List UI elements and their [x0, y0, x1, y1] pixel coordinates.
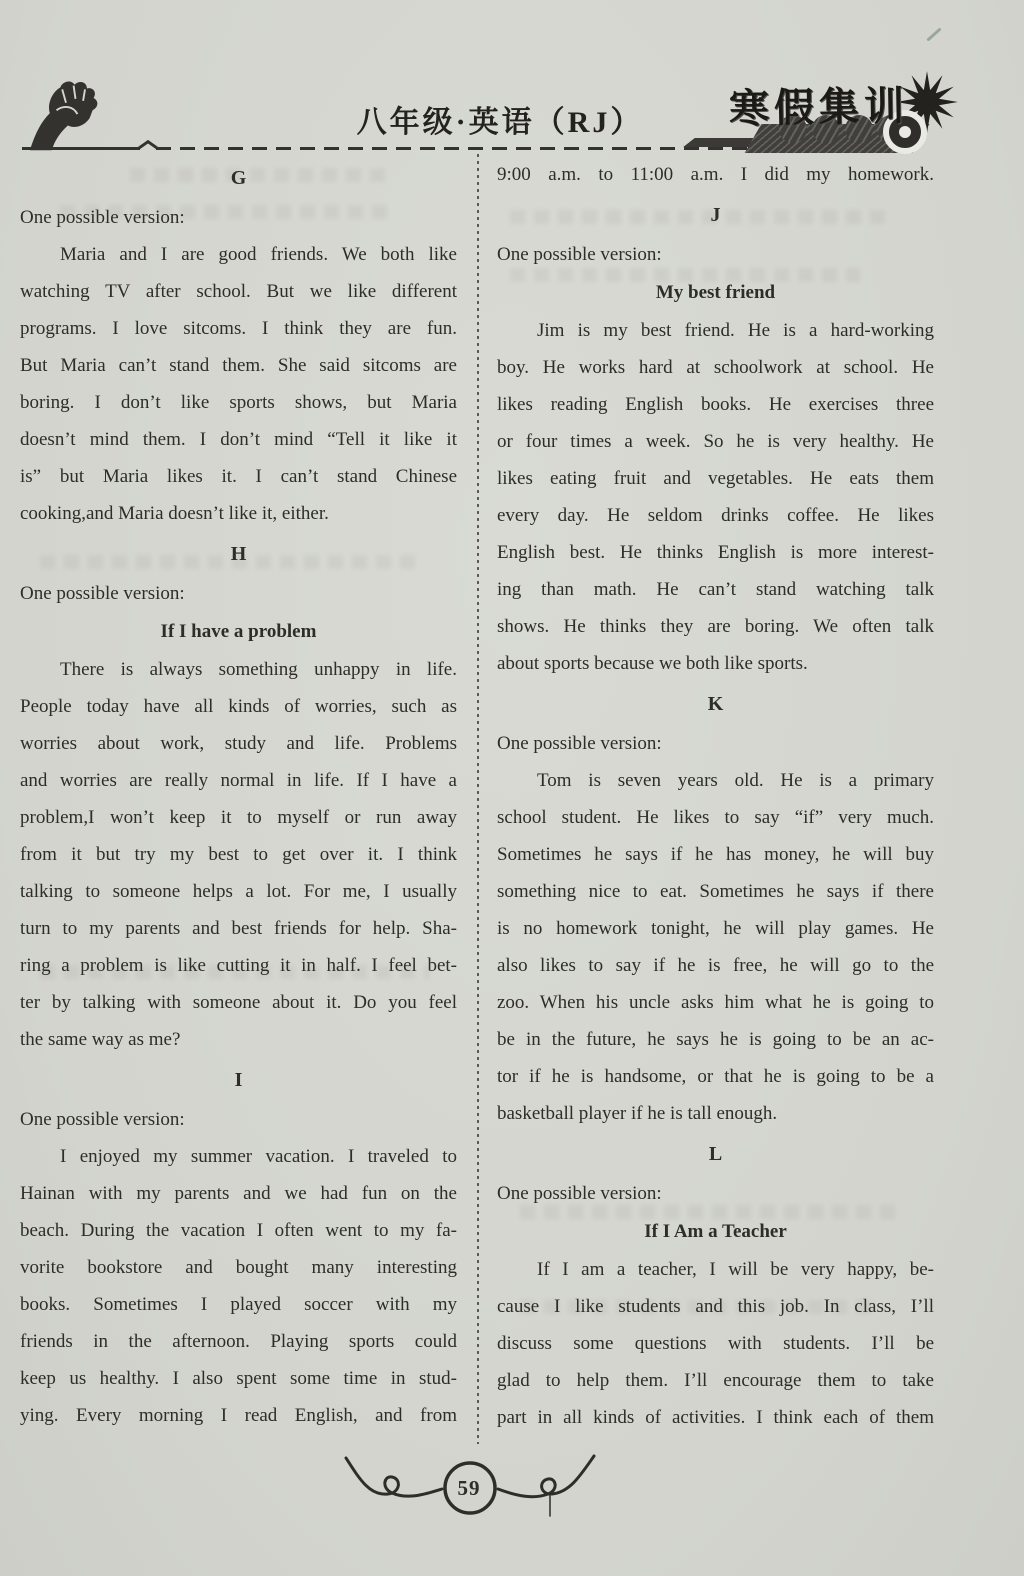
text-line: doesn’t mind them. I don’t mind “Tell it… — [20, 421, 457, 458]
text-line: from it but try my best to get over it. … — [20, 836, 457, 873]
text-line: every day. He seldom drinks coffee. He l… — [497, 497, 934, 534]
column-divider — [477, 152, 479, 1444]
text-line: problem,I won’t keep it to myself or run… — [20, 799, 457, 836]
text-line: cooking,and Maria doesn’t like it, eithe… — [20, 495, 457, 532]
text-line: friends in the afternoon. Playing sports… — [20, 1323, 457, 1360]
text-line: worries about work, study and life. Prob… — [20, 725, 457, 762]
text-line: school student. He likes to say “if” ver… — [497, 799, 934, 836]
banner-title: 寒假集训 — [729, 74, 910, 134]
text-line: Jim is my best friend. He is a hard-work… — [497, 312, 934, 349]
possible-version-label: One possible version: — [20, 199, 457, 236]
text-line: boy. He works hard at schoolwork at scho… — [497, 349, 934, 386]
page-number: 59 — [440, 1476, 498, 1501]
text-line: is no homework tonight, he will play gam… — [497, 910, 934, 947]
text-line: books. Sometimes I played soccer with my — [20, 1286, 457, 1323]
text-line: People today have all kinds of worries, … — [20, 688, 457, 725]
text-line: programs. I love sitcoms. I think they a… — [20, 310, 457, 347]
essay-paragraph: There is always something unhappy in lif… — [20, 651, 457, 1058]
text-line: watching TV after school. But we like di… — [20, 273, 457, 310]
header-rule-dashed — [156, 147, 766, 150]
essay-paragraph: Tom is seven years old. He is a primarys… — [497, 762, 934, 1132]
essay-paragraph: Jim is my best friend. He is a hard-work… — [497, 312, 934, 682]
text-line: ter by talking with someone about it. Do… — [20, 984, 457, 1021]
section-heading-k: K — [497, 686, 934, 723]
text-line: and worries are really normal in life. I… — [20, 762, 457, 799]
text-line: Maria and I are good friends. We both li… — [20, 236, 457, 273]
essay-paragraph: I enjoyed my summer vacation. I traveled… — [20, 1138, 457, 1434]
text-line: glad to help them. I’ll encourage them t… — [497, 1362, 934, 1399]
text-line: talking to someone helps a lot. For me, … — [20, 873, 457, 910]
text-line: Sometimes he says if he has money, he wi… — [497, 836, 934, 873]
essay-paragraph: If I am a teacher, I will be very happy,… — [497, 1251, 934, 1436]
text-line: English best. He thinks English is more … — [497, 534, 934, 571]
header-rule-solid — [22, 147, 140, 150]
section-heading-i: I — [20, 1062, 457, 1099]
text-line: cause I like students and this job. In c… — [497, 1288, 934, 1325]
essay-paragraph: Maria and I are good friends. We both li… — [20, 236, 457, 532]
text-line: is” but Maria likes it. I can’t stand Ch… — [20, 458, 457, 495]
text-line: 9:00 a.m. to 11:00 a.m. I did my homewor… — [497, 156, 934, 193]
text-line: vorite bookstore and bought many interes… — [20, 1249, 457, 1286]
text-line: shows. He thinks they are boring. We oft… — [497, 608, 934, 645]
text-line: Tom is seven years old. He is a primary — [497, 762, 934, 799]
pen-mark — [926, 27, 941, 41]
essay-title: If I Am a Teacher — [497, 1213, 934, 1250]
text-line: turn to my parents and best friends for … — [20, 910, 457, 947]
text-line: basketball player if he is tall enough. — [497, 1095, 934, 1132]
text-line: be in the future, he says he is going to… — [497, 1021, 934, 1058]
text-line: something nice to eat. Sometimes he says… — [497, 873, 934, 910]
workbook-page: 八年级·英语（RJ） 寒假集训 GOne possible version:Ma… — [0, 0, 1024, 1576]
right-column: 9:00 a.m. to 11:00 a.m. I did my homewor… — [497, 156, 934, 1436]
section-heading-h: H — [20, 536, 457, 573]
text-line: discuss some questions with students. I’… — [497, 1325, 934, 1362]
text-line: beach. During the vacation I often went … — [20, 1212, 457, 1249]
text-line: I enjoyed my summer vacation. I traveled… — [20, 1138, 457, 1175]
text-line: the same way as me? — [20, 1021, 457, 1058]
section-heading-j: J — [497, 197, 934, 234]
text-line: about sports because we both like sports… — [497, 645, 934, 682]
text-line: But Maria can’t stand them. She said sit… — [20, 347, 457, 384]
text-line: zoo. When his uncle asks him what he is … — [497, 984, 934, 1021]
possible-version-label: One possible version: — [20, 575, 457, 612]
text-line: likes reading English books. He exercise… — [497, 386, 934, 423]
text-line: keep us healthy. I also spent some time … — [20, 1360, 457, 1397]
text-line: or four times a week. So he is very heal… — [497, 423, 934, 460]
text-line: If I am a teacher, I will be very happy,… — [497, 1251, 934, 1288]
possible-version-label: One possible version: — [497, 725, 934, 762]
text-line: boring. I don’t like sports shows, but M… — [20, 384, 457, 421]
text-line: ying. Every morning I read English, and … — [20, 1397, 457, 1434]
essay-title: If I have a problem — [20, 613, 457, 650]
text-line: also likes to say if he is free, he will… — [497, 947, 934, 984]
text-line: There is always something unhappy in lif… — [20, 651, 457, 688]
left-column: GOne possible version:Maria and I are go… — [20, 156, 457, 1434]
possible-version-label: One possible version: — [497, 1175, 934, 1212]
possible-version-label: One possible version: — [497, 236, 934, 273]
text-line: ring a problem is like cutting it in hal… — [20, 947, 457, 984]
text-line: part in all kinds of activities. I think… — [497, 1399, 934, 1436]
section-heading-g: G — [20, 160, 457, 197]
text-line: likes eating fruit and vegetables. He ea… — [497, 460, 934, 497]
text-line: ing than math. He can’t stand watching t… — [497, 571, 934, 608]
text-line: Hainan with my parents and we had fun on… — [20, 1175, 457, 1212]
essay-title: My best friend — [497, 274, 934, 311]
possible-version-label: One possible version: — [20, 1101, 457, 1138]
essay-paragraph: 9:00 a.m. to 11:00 a.m. I did my homewor… — [497, 156, 934, 193]
section-heading-l: L — [497, 1136, 934, 1173]
text-line: tor if he is handsome, or that he is goi… — [497, 1058, 934, 1095]
